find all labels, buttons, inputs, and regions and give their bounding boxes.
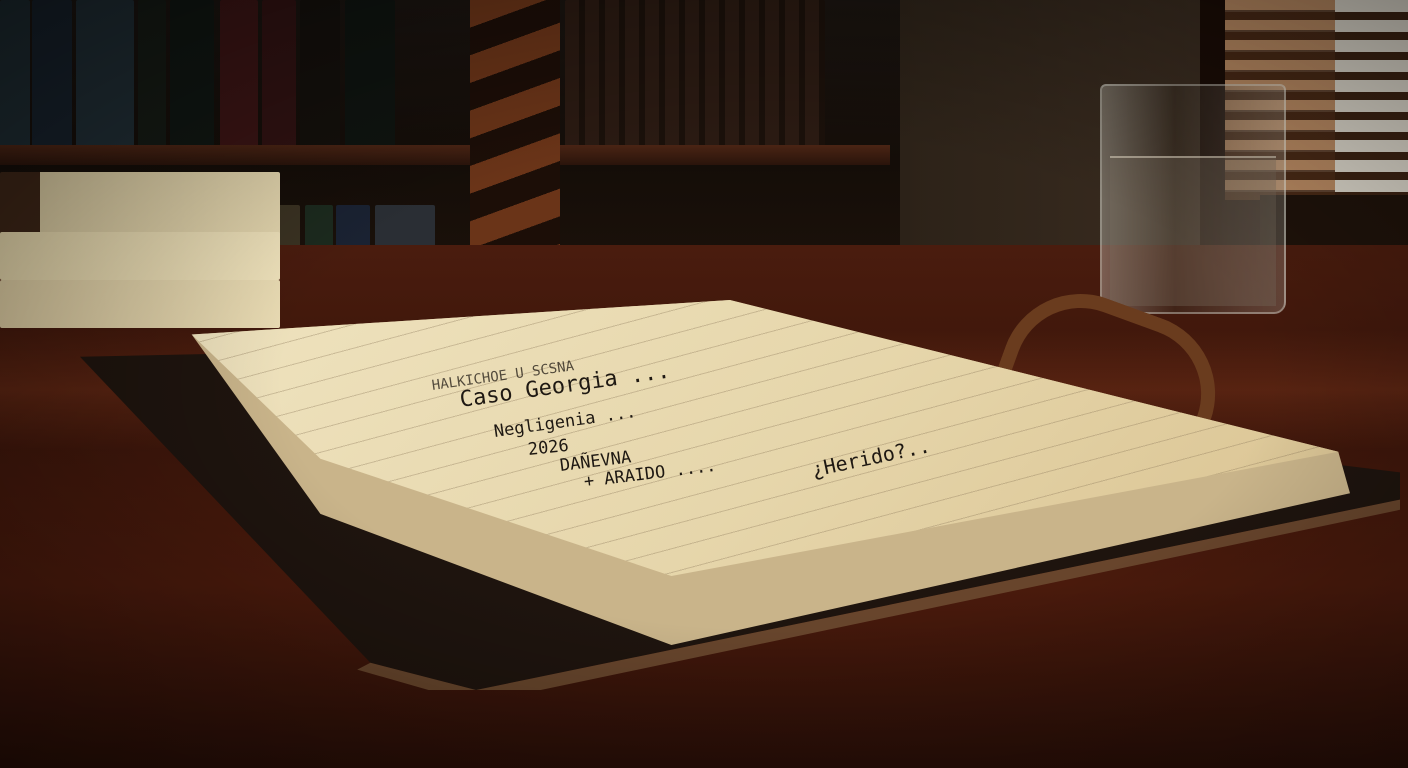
book-spine [262, 0, 296, 148]
book-spine [300, 0, 340, 148]
book-spine [76, 0, 134, 148]
stacked-book [0, 232, 280, 280]
book-spine [170, 0, 214, 148]
book-spine [32, 0, 72, 148]
book-spine [565, 0, 825, 148]
book-spine [345, 0, 395, 148]
shelf-board [0, 145, 890, 165]
shelf-pillar [470, 0, 560, 270]
book-spine [0, 0, 30, 148]
water [1110, 156, 1276, 306]
photo-scene: HALKICHOE U SCSNA Caso Georgia ... Negli… [0, 0, 1408, 768]
water-glass [1100, 84, 1286, 314]
stacked-book [0, 172, 280, 238]
stacked-book [0, 280, 280, 328]
book-spine [138, 0, 166, 148]
book-spine [220, 0, 258, 148]
